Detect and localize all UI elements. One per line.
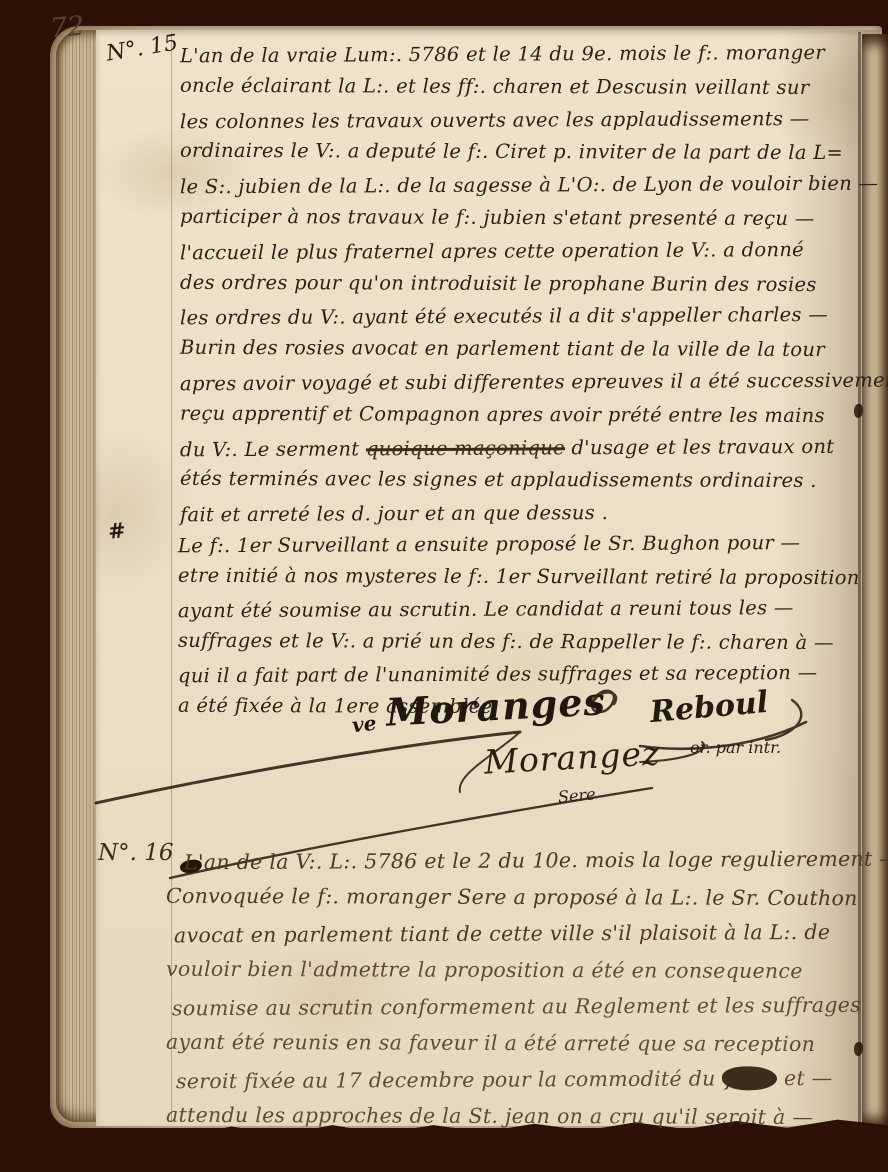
struck-words: quoique maçonique [366,436,565,460]
blotted-words: f. alt [722,1066,777,1090]
manuscript-line: reçu apprentif et Compagnon apres avoir … [180,398,870,433]
manuscript-scan: { "colors": { "background": "#2e1009", "… [0,0,888,1172]
line-segment: seroit fixée au 17 decembre pour la comm… [176,1066,723,1093]
addendum-hash-marker: # [107,517,127,544]
manuscript-line: Le f:. 1er Surveillant a ensuite proposé… [178,527,868,563]
manuscript-line: ayant été reunis en sa faveur il a été a… [166,1023,878,1062]
manuscript-line: attendu les approches de la St. jean on … [166,1096,878,1135]
manuscript-line: des ordres pour qu'on introduisit le pro… [180,266,870,301]
manuscript-line: les ordres du V:. ayant été executés il … [180,299,870,335]
manuscript-line-with-blot: seroit fixée au 17 decembre pour la comm… [166,1060,878,1100]
line-segment: et — [777,1066,833,1090]
signature-prefix: ve [351,711,378,737]
signature-morangez-title: Sere [557,784,596,806]
line-segment: du V:. Le serment [180,437,366,461]
manuscript-line: les colonnes les travaux ouverts avec le… [180,102,870,138]
manuscript-line: suffrages et le V:. a prié un des f:. de… [178,624,868,659]
manuscript-line: soumise au scrutin conformement au Regle… [166,987,878,1027]
manuscript-line: le S:. jubien de la L:. de la sagesse à … [180,168,870,204]
manuscript-line: etre initié à nos mysteres le f:. 1er Su… [178,559,868,594]
entry-16-marker: N°. 16 [98,840,174,866]
manuscript-line: oncle éclairant la L:. et les ff:. chare… [180,70,870,105]
signature-reboul-title: or. par intr. [690,738,781,757]
manuscript-line-with-strikethrough: du V:. Le serment quoique maçonique d'us… [180,430,870,466]
manuscript-line: participer à nos travaux le f:. jubien s… [180,201,870,236]
manuscript-line: Burin des rosies avocat en parlement tia… [180,332,870,367]
manuscript-line: L'an de la vraie Lum:. 5786 et le 14 du … [180,37,870,73]
folio-number: 72 [49,11,86,45]
manuscript-line: L'an de la V:. L:. 5786 et le 2 du 10e. … [166,841,878,881]
entry-16-body: L'an de la V:. L:. 5786 et le 2 du 10e. … [166,842,878,1134]
entry-15-body: L'an de la vraie Lum:. 5786 et le 14 du … [180,38,870,530]
manuscript-line: apres avoir voyagé et subi differentes e… [180,365,870,401]
manuscript-line: ordinaires le V:. a deputé le f:. Ciret … [180,135,870,170]
manuscript-line: l'accueil le plus fraternel apres cette … [180,233,870,269]
manuscript-line: Convoquée le f:. moranger Sere a proposé… [166,877,878,916]
manuscript-line: ayant été soumise au scrutin. Le candida… [178,592,868,628]
line-segment: d'usage et les travaux ont [565,434,835,458]
manuscript-line: étés terminés avec les signes et applaud… [180,463,870,498]
manuscript-line: avocat en parlement tiant de cette ville… [166,914,878,954]
manuscript-line: vouloir bien l'admettre la proposition a… [166,950,878,989]
